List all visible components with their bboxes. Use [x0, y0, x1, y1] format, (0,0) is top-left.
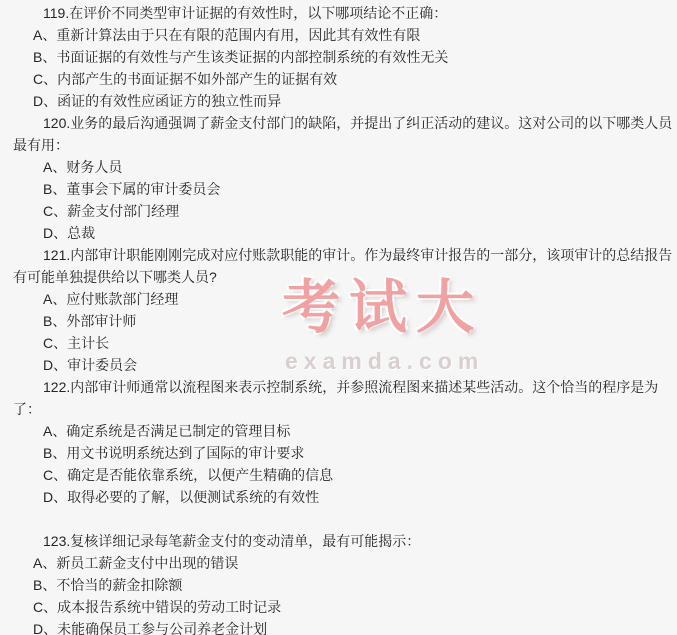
option-line: A、应付账款部门经理 — [13, 288, 677, 310]
question-stem-line: 最有用： — [13, 134, 677, 156]
question-stem-line: 121.内部审计职能刚刚完成对应付账款职能的审计。作为最终审计报告的一部分，该项… — [13, 244, 677, 266]
option-line: D、函证的有效性应函证方的独立性而异 — [13, 90, 677, 112]
question-122: 122.内部审计师通常以流程图来表示控制系统，并参照流程图来描述某些活动。这个恰… — [13, 376, 677, 508]
question-119: 119.在评价不同类型审计证据的有效性时，以下哪项结论不正确：A、重新计算法由于… — [13, 2, 677, 112]
question-123: 123.复核详细记录每笔薪金支付的变动清单，最有可能揭示：A、新员工薪金支付中出… — [13, 530, 677, 635]
option-line: B、董事会下属的审计委员会 — [13, 178, 677, 200]
question-stem-line: 123.复核详细记录每笔薪金支付的变动清单，最有可能揭示： — [13, 530, 677, 552]
option-line: C、成本报告系统中错误的劳动工时记录 — [13, 596, 677, 618]
option-line: B、书面证据的有效性与产生该类证据的内部控制系统的有效性无关 — [13, 46, 677, 68]
option-line: C、主计长 — [13, 332, 677, 354]
option-line: A、确定系统是否满足已制定的管理目标 — [13, 420, 677, 442]
question-stem-line: 了： — [13, 398, 677, 420]
option-line: B、不恰当的薪金扣除额 — [13, 574, 677, 596]
question-list: 119.在评价不同类型审计证据的有效性时，以下哪项结论不正确：A、重新计算法由于… — [0, 0, 677, 635]
option-line: A、财务人员 — [13, 156, 677, 178]
option-line: A、新员工薪金支付中出现的错误 — [13, 552, 677, 574]
question-120: 120.业务的最后沟通强调了薪金支付部门的缺陷，并提出了纠正活动的建议。这对公司… — [13, 112, 677, 244]
question-stem-line: 120.业务的最后沟通强调了薪金支付部门的缺陷，并提出了纠正活动的建议。这对公司… — [13, 112, 677, 134]
page: { "page": { "background_color": "#f6f6f6… — [0, 0, 677, 635]
option-line: C、内部产生的书面证据不如外部产生的证据有效 — [13, 68, 677, 90]
question-stem-line: 119.在评价不同类型审计证据的有效性时，以下哪项结论不正确： — [13, 2, 677, 24]
question-121: 121.内部审计职能刚刚完成对应付账款职能的审计。作为最终审计报告的一部分，该项… — [13, 244, 677, 376]
option-line: B、用文书说明系统达到了国际的审计要求 — [13, 442, 677, 464]
option-line: D、总裁 — [13, 222, 677, 244]
option-line: A、重新计算法由于只在有限的范围内有用，因此其有效性有限 — [13, 24, 677, 46]
option-line: D、未能确保员工参与公司养老金计划 — [13, 618, 677, 635]
option-line: D、取得必要的了解，以便测试系统的有效性 — [13, 486, 677, 508]
question-stem-line: 有可能单独提供给以下哪类人员? — [13, 266, 677, 288]
question-stem-line: 122.内部审计师通常以流程图来表示控制系统，并参照流程图来描述某些活动。这个恰… — [13, 376, 677, 398]
option-line: C、确定是否能依靠系统，以便产生精确的信息 — [13, 464, 677, 486]
option-line: B、外部审计师 — [13, 310, 677, 332]
option-line: D、审计委员会 — [13, 354, 677, 376]
option-line: C、薪金支付部门经理 — [13, 200, 677, 222]
